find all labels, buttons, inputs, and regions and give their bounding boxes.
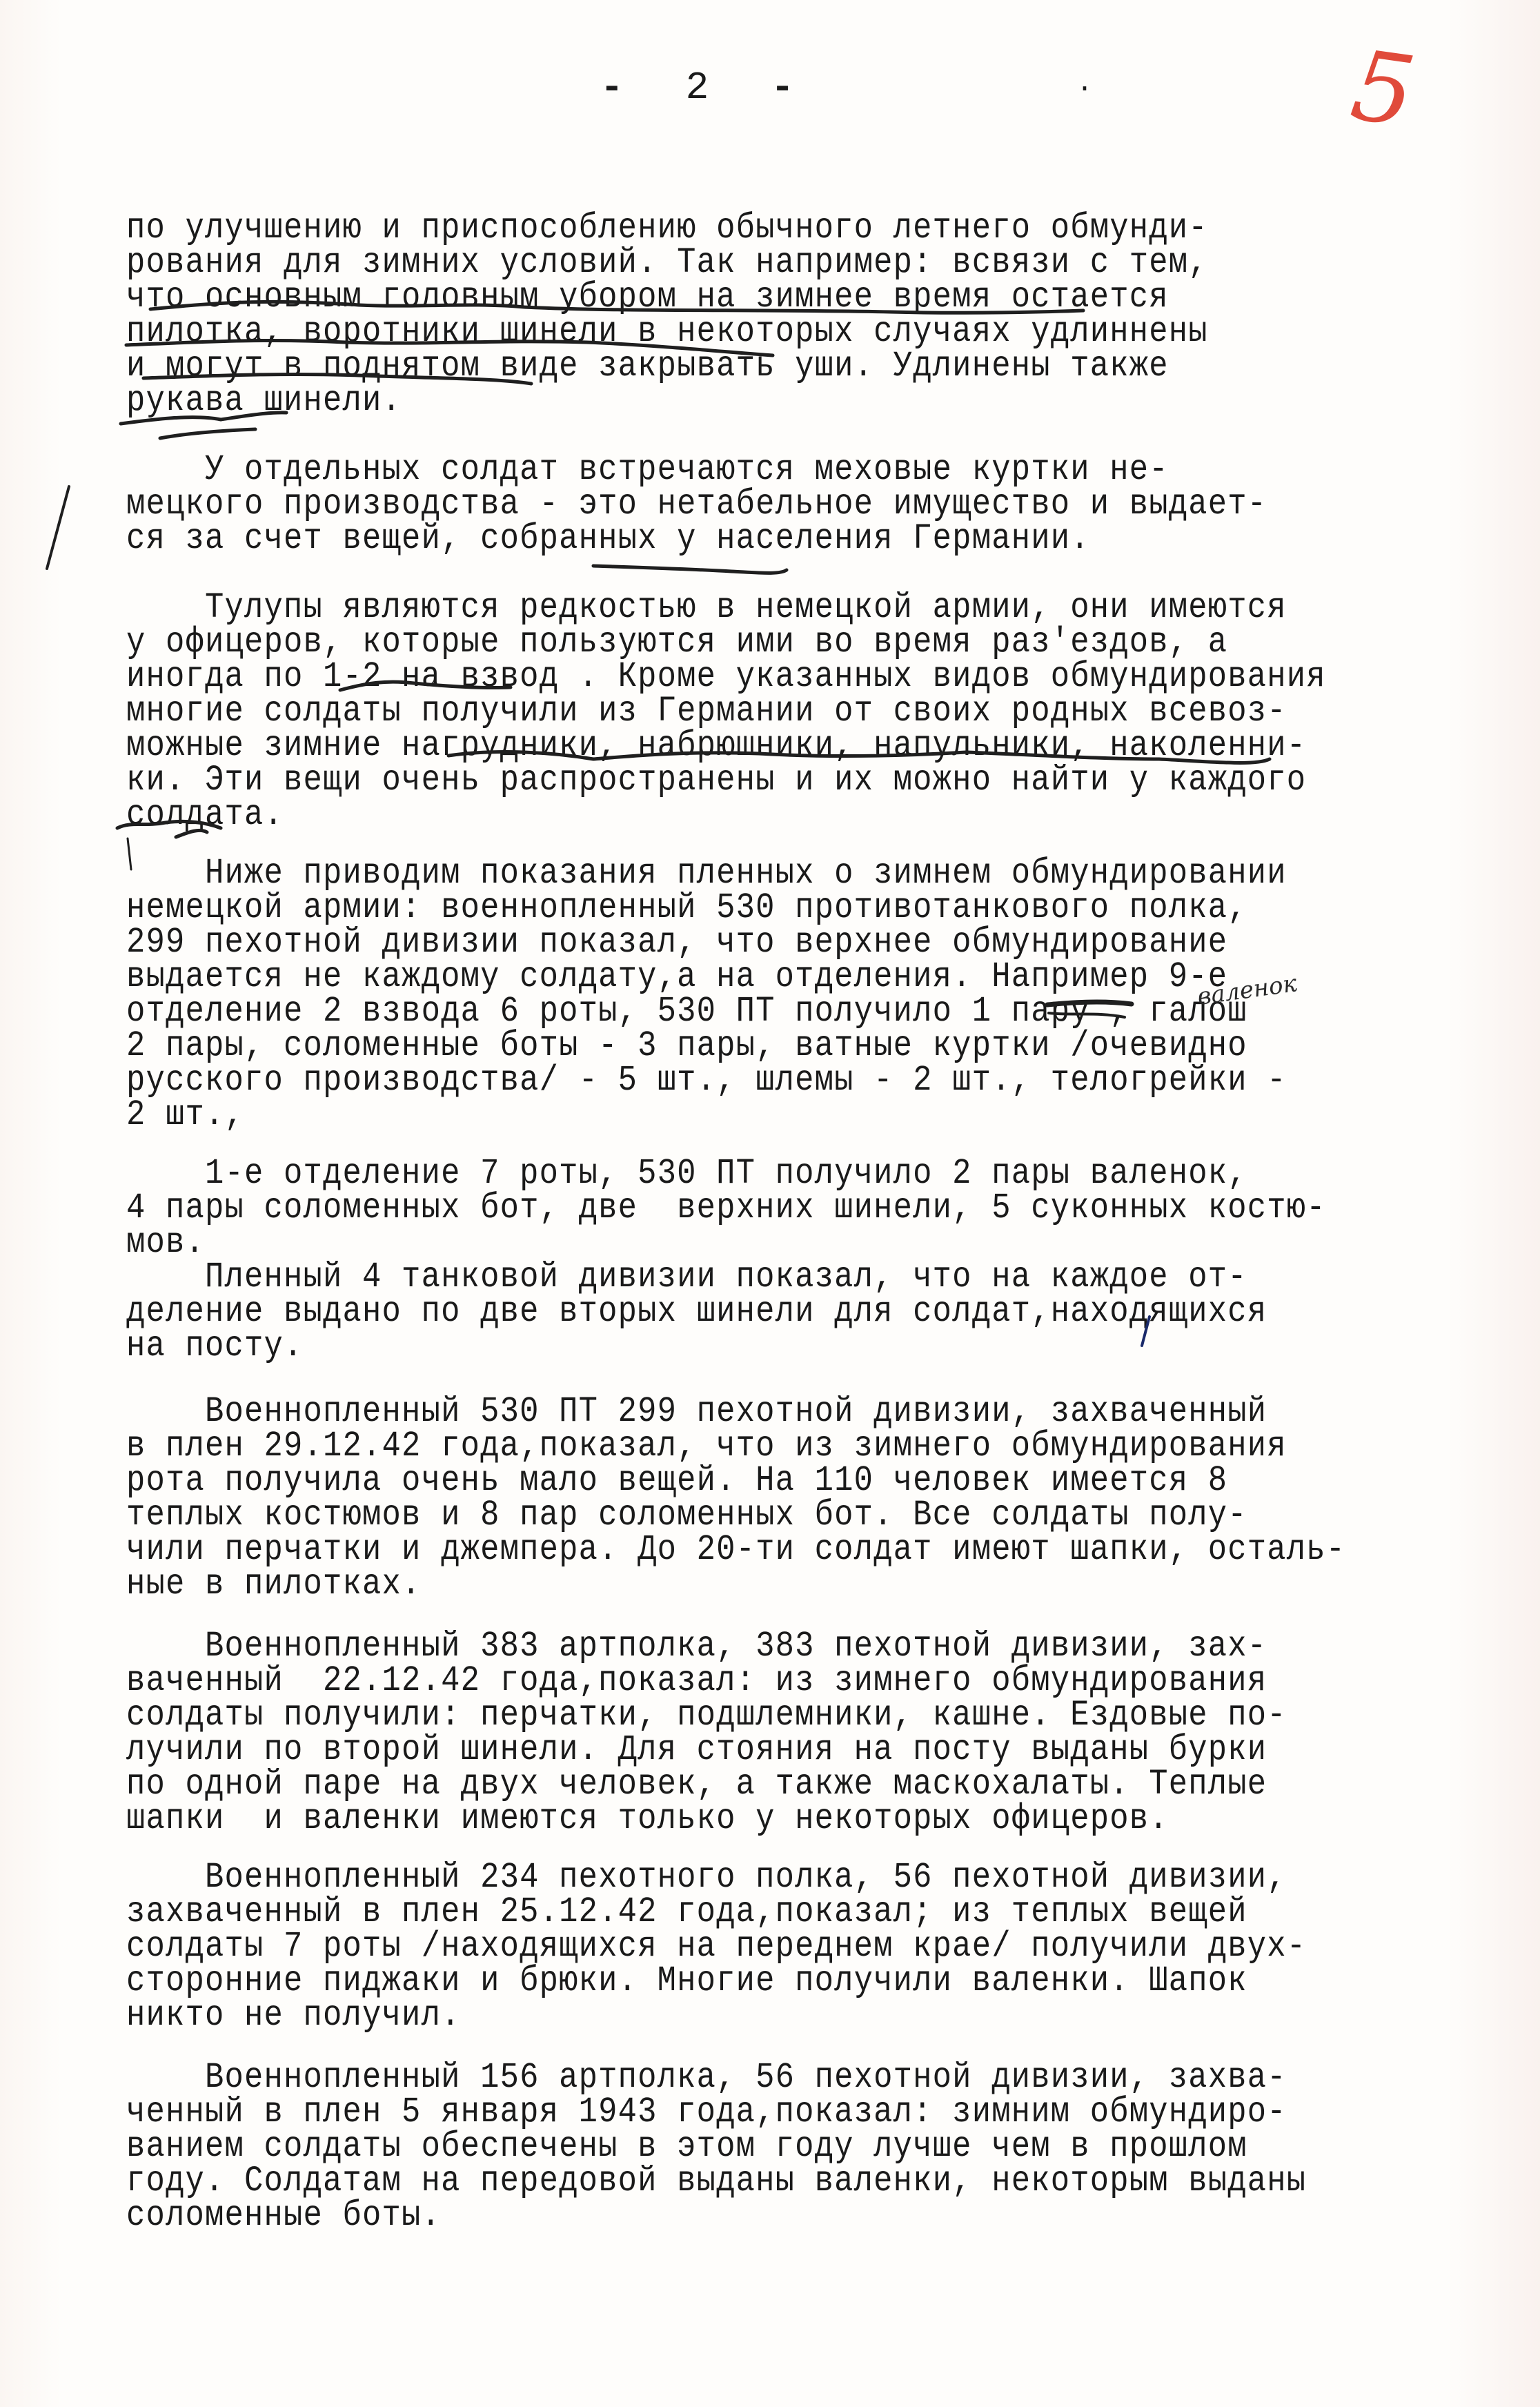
text-line: ки. Эти вещи очень распространены и их м… (126, 763, 1306, 798)
header-left-dash: - (600, 66, 624, 110)
text-line: ные в пилотках. (126, 1566, 422, 1602)
page-header: - 2 - . (600, 66, 794, 110)
text-line: 4 пары соломенных бот, две верхних шинел… (126, 1190, 1326, 1226)
underline-mark (593, 566, 787, 573)
margin-mark (47, 487, 69, 569)
underline-mark (160, 429, 255, 438)
text-line: рукава шинели. (126, 383, 402, 419)
text-line: русского производства/ - 5 шт., шлемы - … (126, 1063, 1287, 1099)
text-line: 2 шт., (126, 1097, 244, 1133)
text-line: никто не получил. (126, 1998, 461, 2034)
handwritten-folio-number: 5 (1346, 37, 1421, 141)
text-line: ся за счет вещей, собранных у населения … (126, 521, 1090, 557)
header-dot: . (1076, 68, 1093, 99)
document-page: - 2 - . 5 по улучшению и приспособлению … (0, 0, 1540, 2407)
text-line: соломенные боты. (126, 2198, 441, 2234)
text-line: шапки и валенки имеются только у некотор… (126, 1801, 1169, 1837)
header-right-dash: - (771, 66, 794, 110)
text-line: на посту. (126, 1328, 304, 1364)
text-line: солдата. (126, 797, 284, 833)
page-number: 2 (686, 66, 709, 110)
